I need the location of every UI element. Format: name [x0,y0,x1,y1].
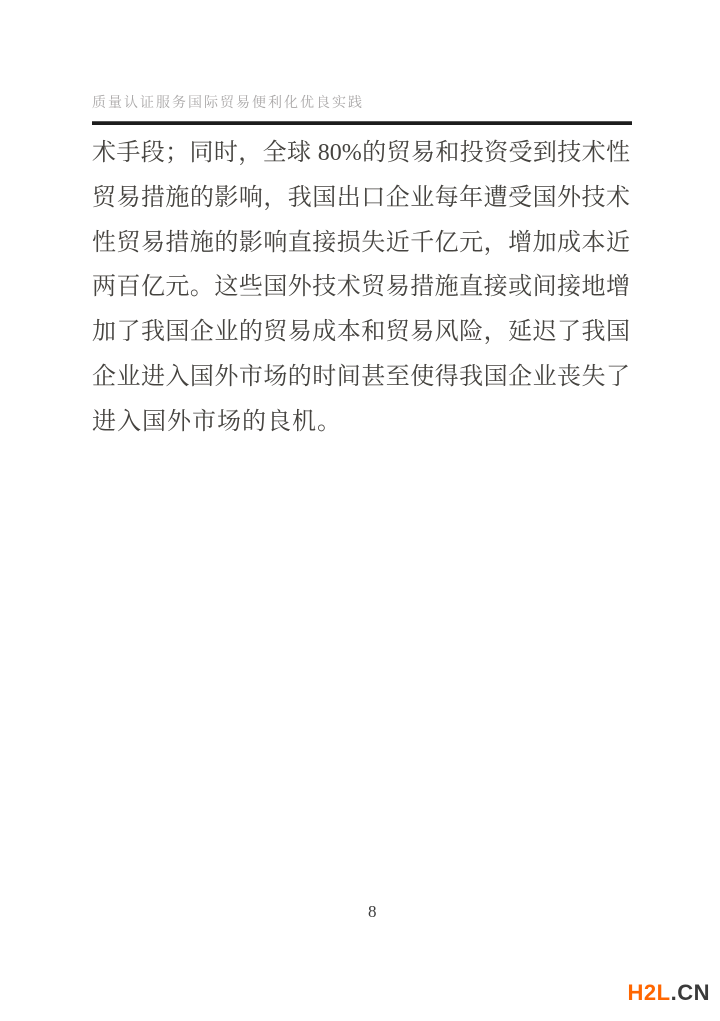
header-rule-divider [92,121,632,125]
body-line: 术手段；同时，全球 80%的贸易和投资受到技术性 [92,131,630,176]
running-header: 质量认证服务国际贸易便利化优良实践 [92,92,632,125]
watermark-brand-text: H2L [628,980,671,1005]
watermark: H2L.CN [628,980,710,1006]
body-paragraph: 术手段；同时，全球 80%的贸易和投资受到技术性 贸易措施的影响，我国出口企业每… [92,131,630,445]
watermark-suffix-text: .CN [671,980,710,1005]
body-line: 性贸易措施的影响直接损失近千亿元，增加成本近 [92,221,630,266]
body-line: 加了我国企业的贸易成本和贸易风险，延迟了我国 [92,310,630,355]
document-page: 质量认证服务国际贸易便利化优良实践 术手段；同时，全球 80%的贸易和投资受到技… [0,0,720,1021]
body-line: 两百亿元。这些国外技术贸易措施直接或间接地增 [92,265,630,310]
body-line: 企业进入国外市场的时间甚至使得我国企业丧失了 [92,355,630,400]
page-number: 8 [368,902,377,922]
running-header-title: 质量认证服务国际贸易便利化优良实践 [92,92,632,112]
body-line: 贸易措施的影响，我国出口企业每年遭受国外技术 [92,176,630,221]
body-line: 进入国外市场的良机。 [92,400,630,445]
